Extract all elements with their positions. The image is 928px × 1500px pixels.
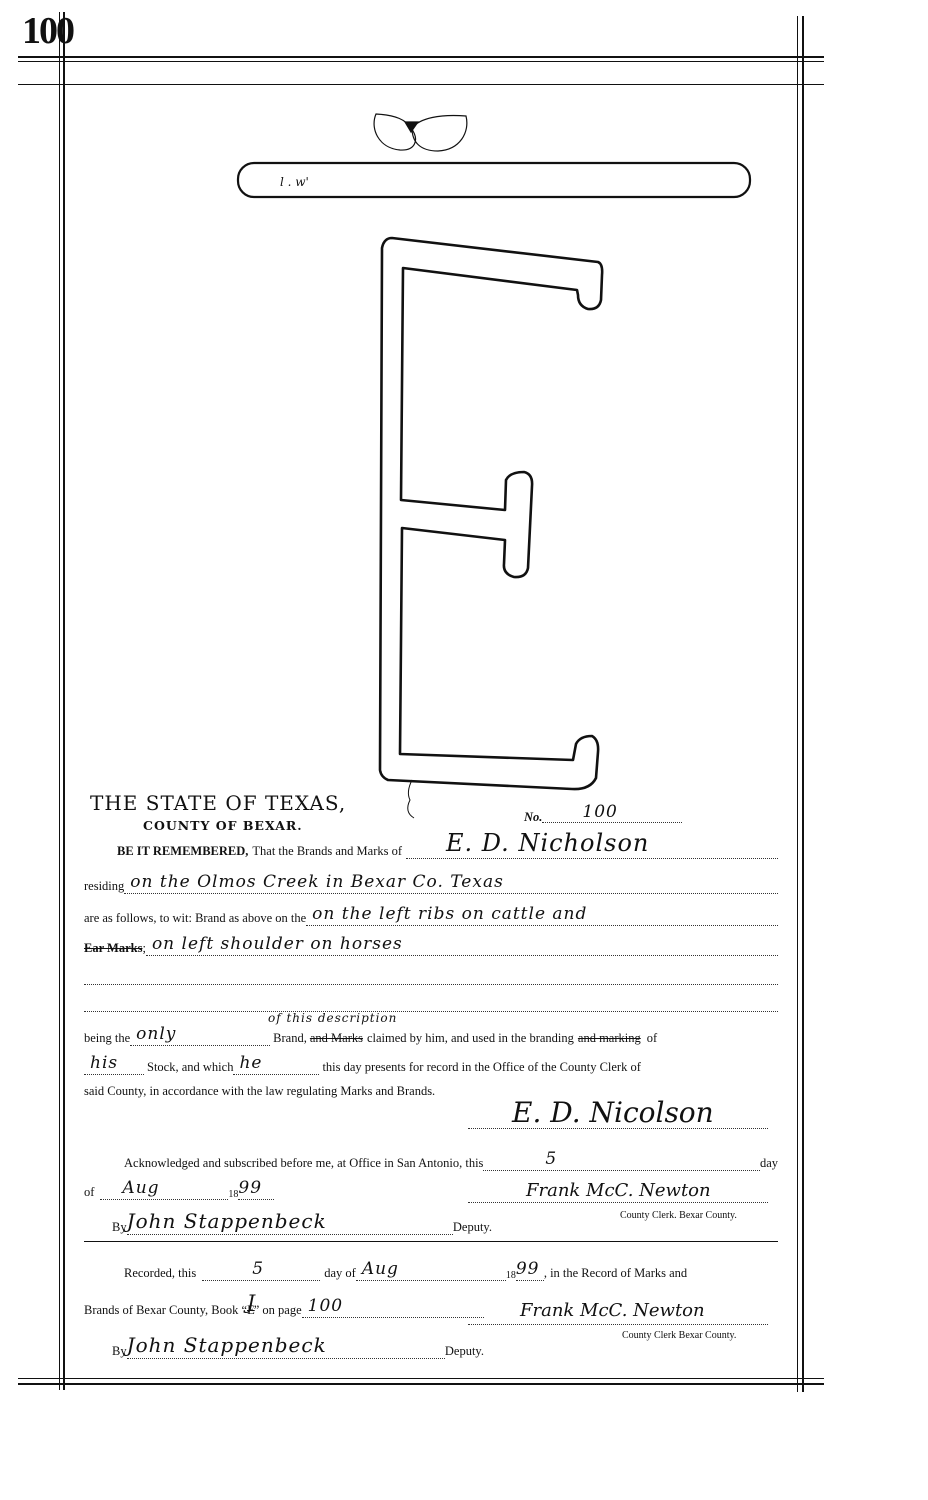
follows-field: on the left ribs on cattle and [306, 909, 778, 926]
follows-value: on the left ribs on cattle and [312, 904, 587, 924]
rec-clerk-signature: Frank McC. Newton [520, 1300, 705, 1321]
ack-deputy-signature: John Stappenbeck [127, 1209, 327, 1233]
ack-day-field: 5 [483, 1154, 760, 1171]
ack-clerk-line [468, 1202, 768, 1203]
no-value: 100 [582, 804, 617, 821]
owner-signature-line [468, 1128, 768, 1129]
recorded-line: Recorded, this 5 day of Aug 18 99 , in t… [124, 1264, 778, 1281]
rec-record-text: , in the Record of Marks and [544, 1266, 687, 1281]
recorded-label: Recorded, this [124, 1266, 196, 1281]
being-label: being the [84, 1031, 130, 1046]
stock-text: Stock, and which [144, 1060, 233, 1075]
brand-drawing: l . w' [0, 0, 928, 820]
being-line: being the only Brand, and Marks claimed … [84, 1029, 778, 1046]
rec-year-prefix: 18 [506, 1270, 516, 1281]
rec-year-value: 99 [516, 1259, 540, 1279]
rec-deputy-line: By John Stappenbeck Deputy. [112, 1342, 484, 1359]
letter-e-brand-icon [380, 238, 602, 789]
residing-value: on the Olmos Creek in Bexar Co. Texas [130, 872, 504, 892]
said-county-text: said County, in accordance with the law … [84, 1084, 435, 1099]
remembered-text: That the Brands and Marks of [248, 844, 406, 859]
rec-deputy-signature: John Stappenbeck [127, 1333, 327, 1357]
remembered-line: BE IT REMEMBERED, That the Brands and Ma… [117, 842, 778, 859]
rec-month-field: Aug [356, 1264, 506, 1281]
presents-text: this day presents for record in the Offi… [319, 1060, 640, 1075]
of-text: of [641, 1031, 657, 1046]
ear-mark-diagram-icon [374, 114, 467, 151]
being-value: only [136, 1024, 176, 1044]
he-field: he [233, 1058, 319, 1075]
blank-line-1 [84, 968, 778, 985]
ack-clerk-signature: Frank McC. Newton [526, 1180, 711, 1201]
bottom-rule [18, 1378, 824, 1379]
residing-line: residing on the Olmos Creek in Bexar Co.… [84, 877, 778, 894]
rec-deputy-field: John Stappenbeck [127, 1342, 445, 1359]
bottom-rule-2 [18, 1383, 824, 1385]
remembered-prefix: BE IT REMEMBERED, [117, 844, 248, 859]
his-value: his [90, 1053, 118, 1073]
ack-month-value: Aug [122, 1178, 159, 1198]
page-value: 100 [308, 1296, 343, 1316]
brands-book-line: Brands of Bexar County, Book “ E J ” on … [84, 1294, 484, 1318]
rec-clerk-line [468, 1324, 768, 1325]
ack-year-value: 99 [238, 1178, 262, 1198]
owner-name-field: E. D. Nicholson [406, 842, 778, 859]
his-field: his [84, 1058, 144, 1075]
owner-signature: E. D. Nicolson [512, 1096, 714, 1129]
on-page-text: ” on page [254, 1303, 302, 1318]
brands-text: Brands of Bexar County, Book “ [84, 1303, 247, 1318]
rec-day-of-label: day of [320, 1266, 356, 1281]
rec-clerk-title: County Clerk Bexar County. [622, 1330, 736, 1341]
acknowledged-line: Acknowledged and subscribed before me, a… [124, 1154, 778, 1171]
ack-deputy-line: By John Stappenbeck Deputy. [112, 1218, 492, 1235]
brace-icon [408, 780, 414, 818]
no-field: 100 [542, 806, 682, 823]
rec-day-field: 5 [202, 1264, 320, 1281]
being-field: only [130, 1029, 270, 1046]
record-number: No. 100 [524, 806, 682, 823]
ear-marks-field: on left shoulder on horses [146, 939, 778, 956]
and-marks-struck: and Marks [307, 1031, 363, 1046]
and-marking-struck: and marking [574, 1031, 641, 1046]
he-value: he [239, 1053, 262, 1073]
ear-marks-label: Ear Marks [84, 941, 142, 956]
ack-year-prefix: 18 [228, 1189, 238, 1200]
ack-day-label: day [760, 1156, 778, 1171]
rec-by-label: By [112, 1344, 127, 1359]
no-label: No. [524, 811, 542, 824]
ear-bar-icon [238, 163, 750, 197]
ack-year-field: 99 [238, 1183, 274, 1200]
ear-marks-line: Ear Marks ; on left shoulder on horses [84, 939, 778, 956]
residing-label: residing [84, 879, 124, 894]
residing-field: on the Olmos Creek in Bexar Co. Texas [124, 877, 778, 894]
ear-marks-value: on left shoulder on horses [152, 934, 403, 954]
ack-by-label: By [112, 1220, 127, 1235]
acknowledged-text: Acknowledged and subscribed before me, a… [124, 1156, 483, 1171]
ack-day-value: 5 [545, 1149, 557, 1169]
ack-of-label: of [84, 1185, 94, 1200]
county-title: COUNTY OF BEXAR. [143, 820, 303, 833]
rec-year-field: 99 [516, 1264, 544, 1281]
claimed-text: claimed by him, and used in the branding [363, 1031, 574, 1046]
follows-line: are as follows, to wit: Brand as above o… [84, 909, 778, 926]
ack-deputy-field: John Stappenbeck [127, 1218, 453, 1235]
ack-clerk-title: County Clerk. Bexar County. [620, 1210, 737, 1221]
owner-name: E. D. Nicholson [446, 829, 649, 857]
rec-day-value: 5 [252, 1259, 264, 1279]
book-value: J [247, 1290, 256, 1314]
blank-line-2 [84, 995, 778, 1012]
rec-deputy-label: Deputy. [445, 1344, 484, 1359]
brand-label: Brand, [270, 1031, 307, 1046]
ear-bar-mark: l . w' [280, 175, 309, 189]
stock-line: his Stock, and which he this day present… [84, 1058, 778, 1075]
rec-month-value: Aug [362, 1259, 399, 1279]
ack-date-line: of Aug 18 99 [84, 1183, 364, 1200]
section-divider [84, 1241, 778, 1242]
page-field: 100 [302, 1301, 484, 1318]
state-title: THE STATE OF TEXAS, [90, 793, 346, 813]
brand-insert: of this description [268, 1012, 397, 1025]
ack-deputy-label: Deputy. [453, 1220, 492, 1235]
ack-month-field: Aug [100, 1183, 228, 1200]
follows-label: are as follows, to wit: Brand as above o… [84, 911, 306, 926]
